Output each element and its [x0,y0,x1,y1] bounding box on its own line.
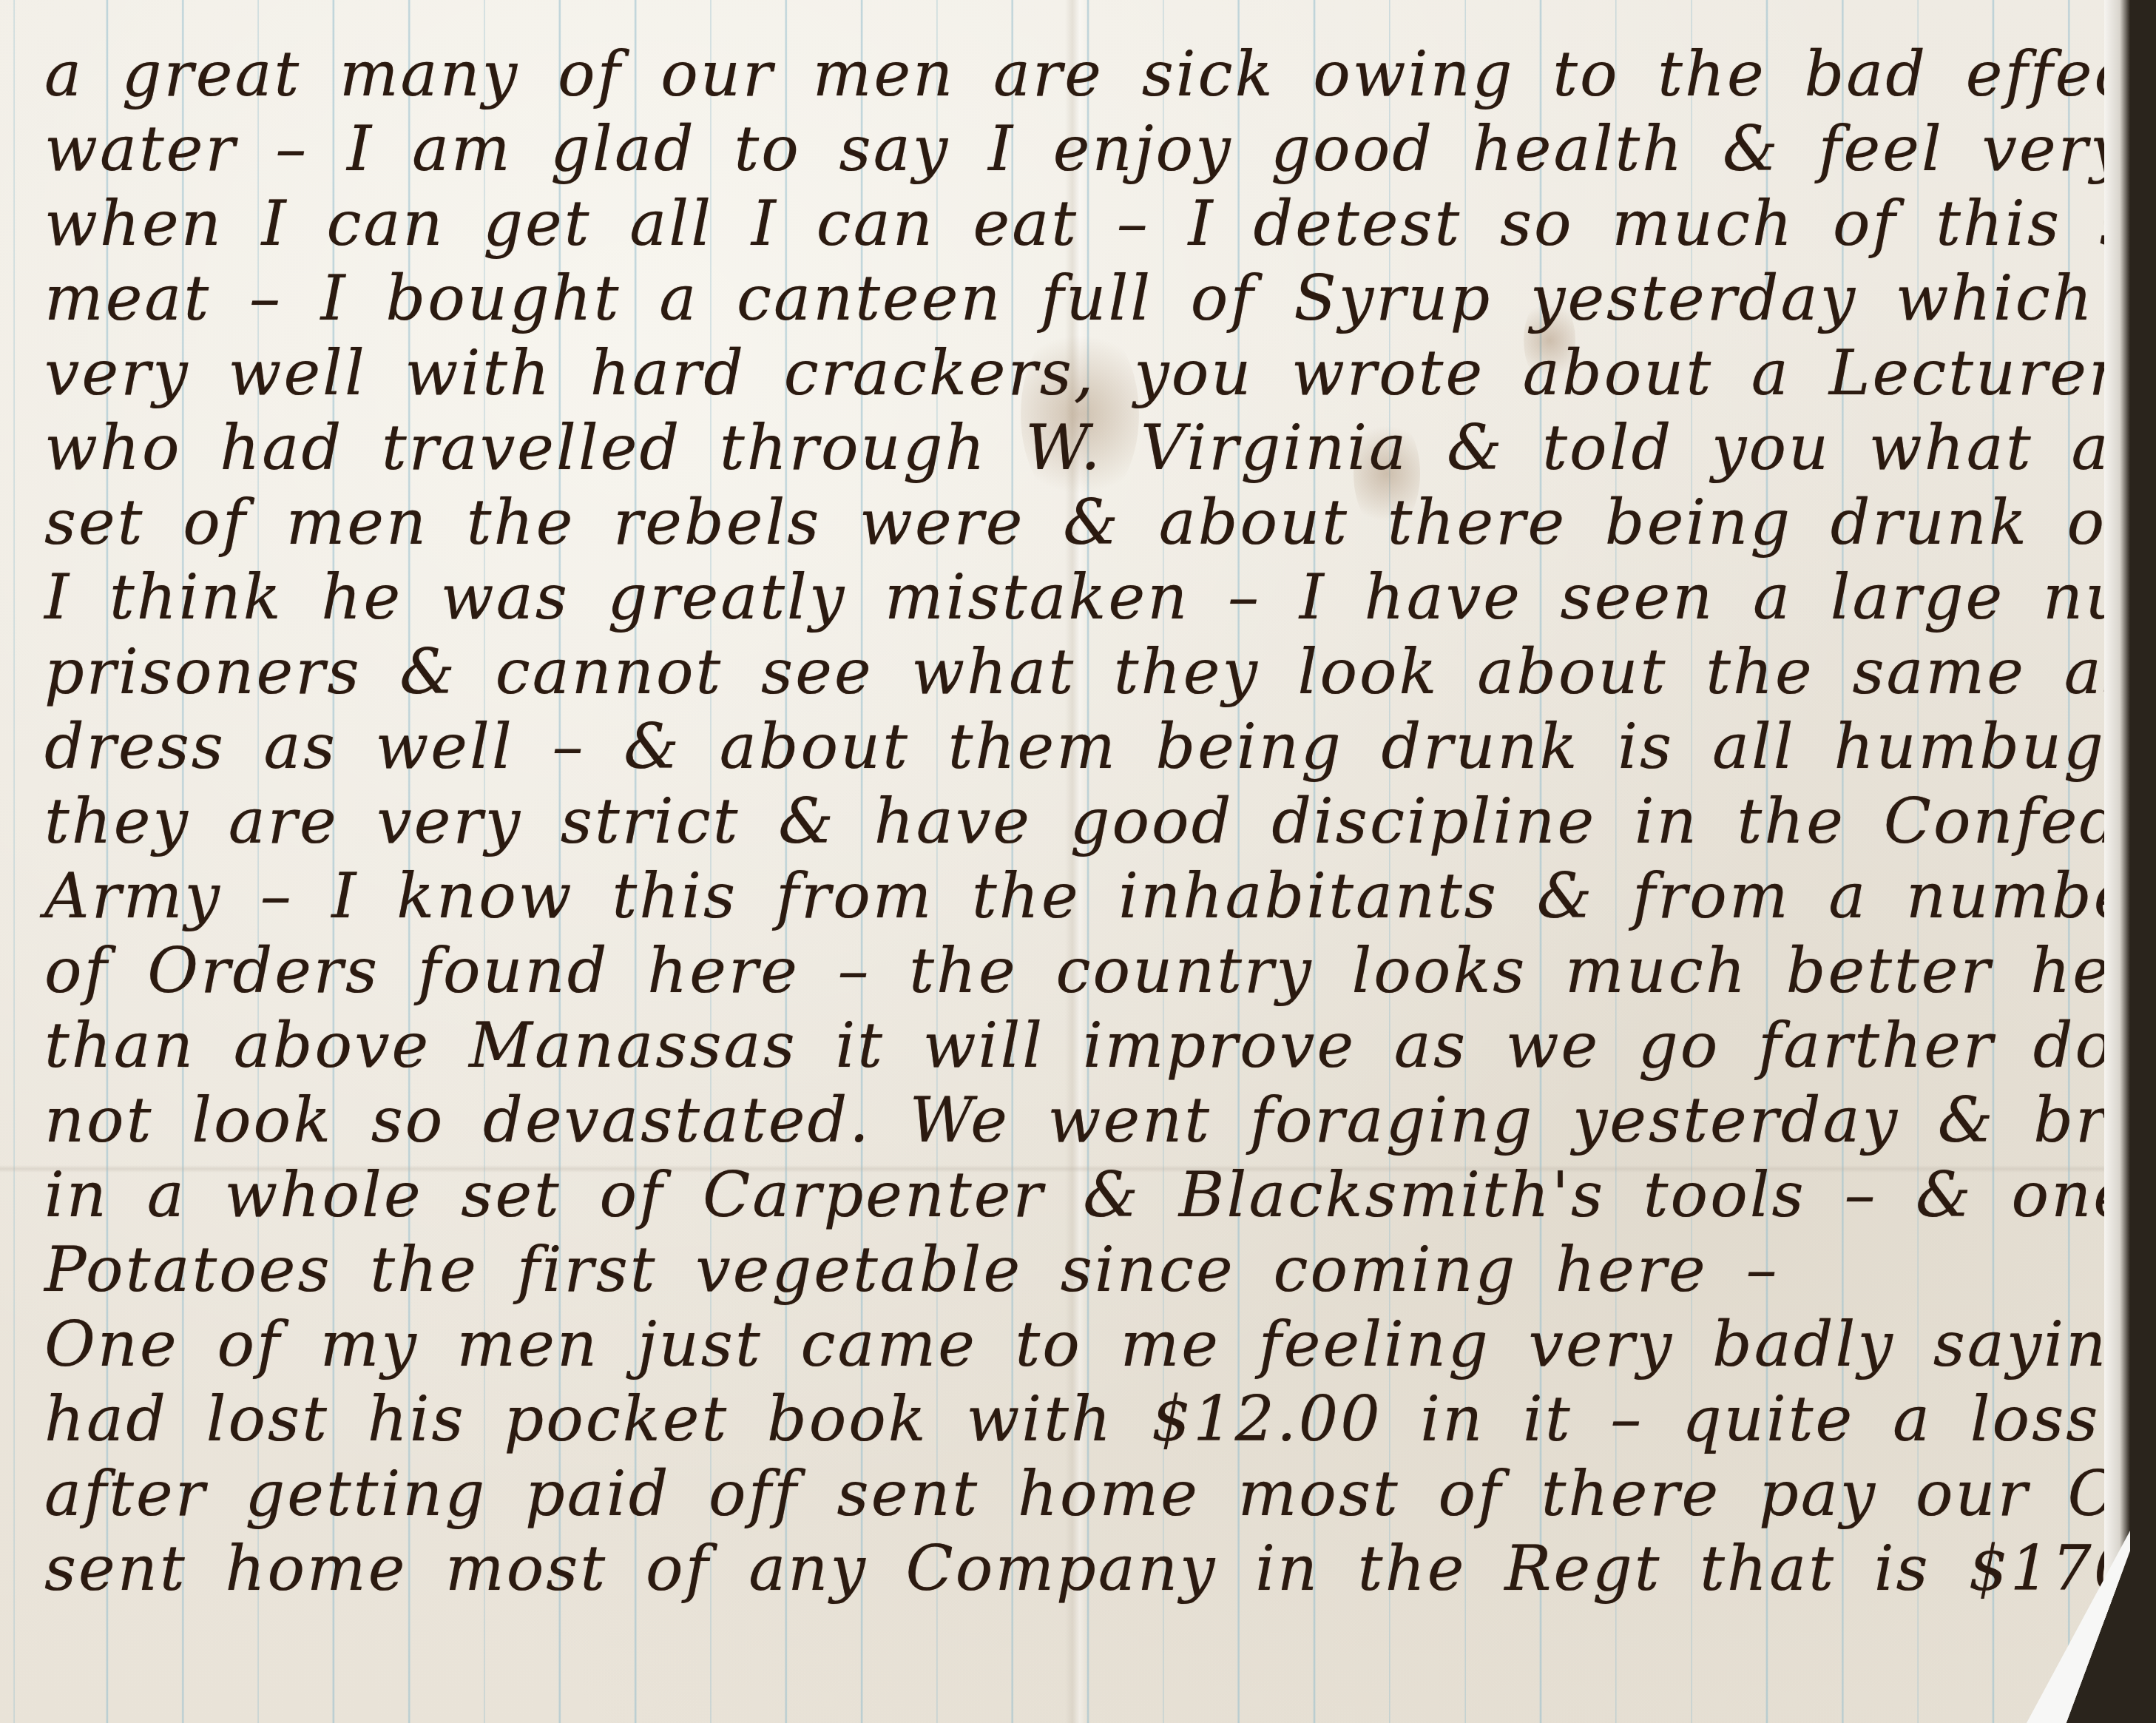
letter-line: set of men the rebels were & about there… [44,485,2101,560]
letter-line: very well with hard crackers, you wrote … [44,336,2101,411]
letter-text: a great many of our men are sick owing t… [44,37,2101,1606]
letter-line: had lost his pocket book with $12.00 in … [44,1382,2101,1457]
letter-line: after getting paid off sent home most of… [44,1457,2101,1531]
letter-line: Army – I know this from the inhabitants … [44,859,2101,934]
letter-line: than above Manassas it will improve as w… [44,1008,2101,1083]
letter-line: who had travelled through W. Virginia & … [44,411,2101,485]
letter-page: a great many of our men are sick owing t… [0,0,2130,1723]
letter-line: One of my men just came to me feeling ve… [44,1307,2101,1382]
letter-line: sent home most of any Company in the Reg… [44,1531,2101,1606]
letter-line: in a whole set of Carpenter & Blacksmith… [44,1158,2101,1233]
letter-line: of Orders found here – the country looks… [44,934,2101,1008]
letter-line: they are very strict & have good discipl… [44,784,2101,859]
letter-line: dress as well – & about them being drunk… [44,709,2101,784]
letter-line: Potatoes the first vegetable since comin… [44,1233,2101,1307]
letter-line: a great many of our men are sick owing t… [44,37,2101,112]
letter-line: meat – I bought a canteen full of Syrup … [44,261,2101,336]
letter-line: when I can get all I can eat – I detest … [44,186,2101,261]
paper-edge [2104,0,2130,1723]
letter-line: water – I am glad to say I enjoy good he… [44,112,2101,186]
letter-line: I think he was greatly mistaken – I have… [44,560,2101,635]
letter-line: prisoners & cannot see what they look ab… [44,635,2101,709]
letter-line: not look so devastated. We went foraging… [44,1083,2101,1158]
